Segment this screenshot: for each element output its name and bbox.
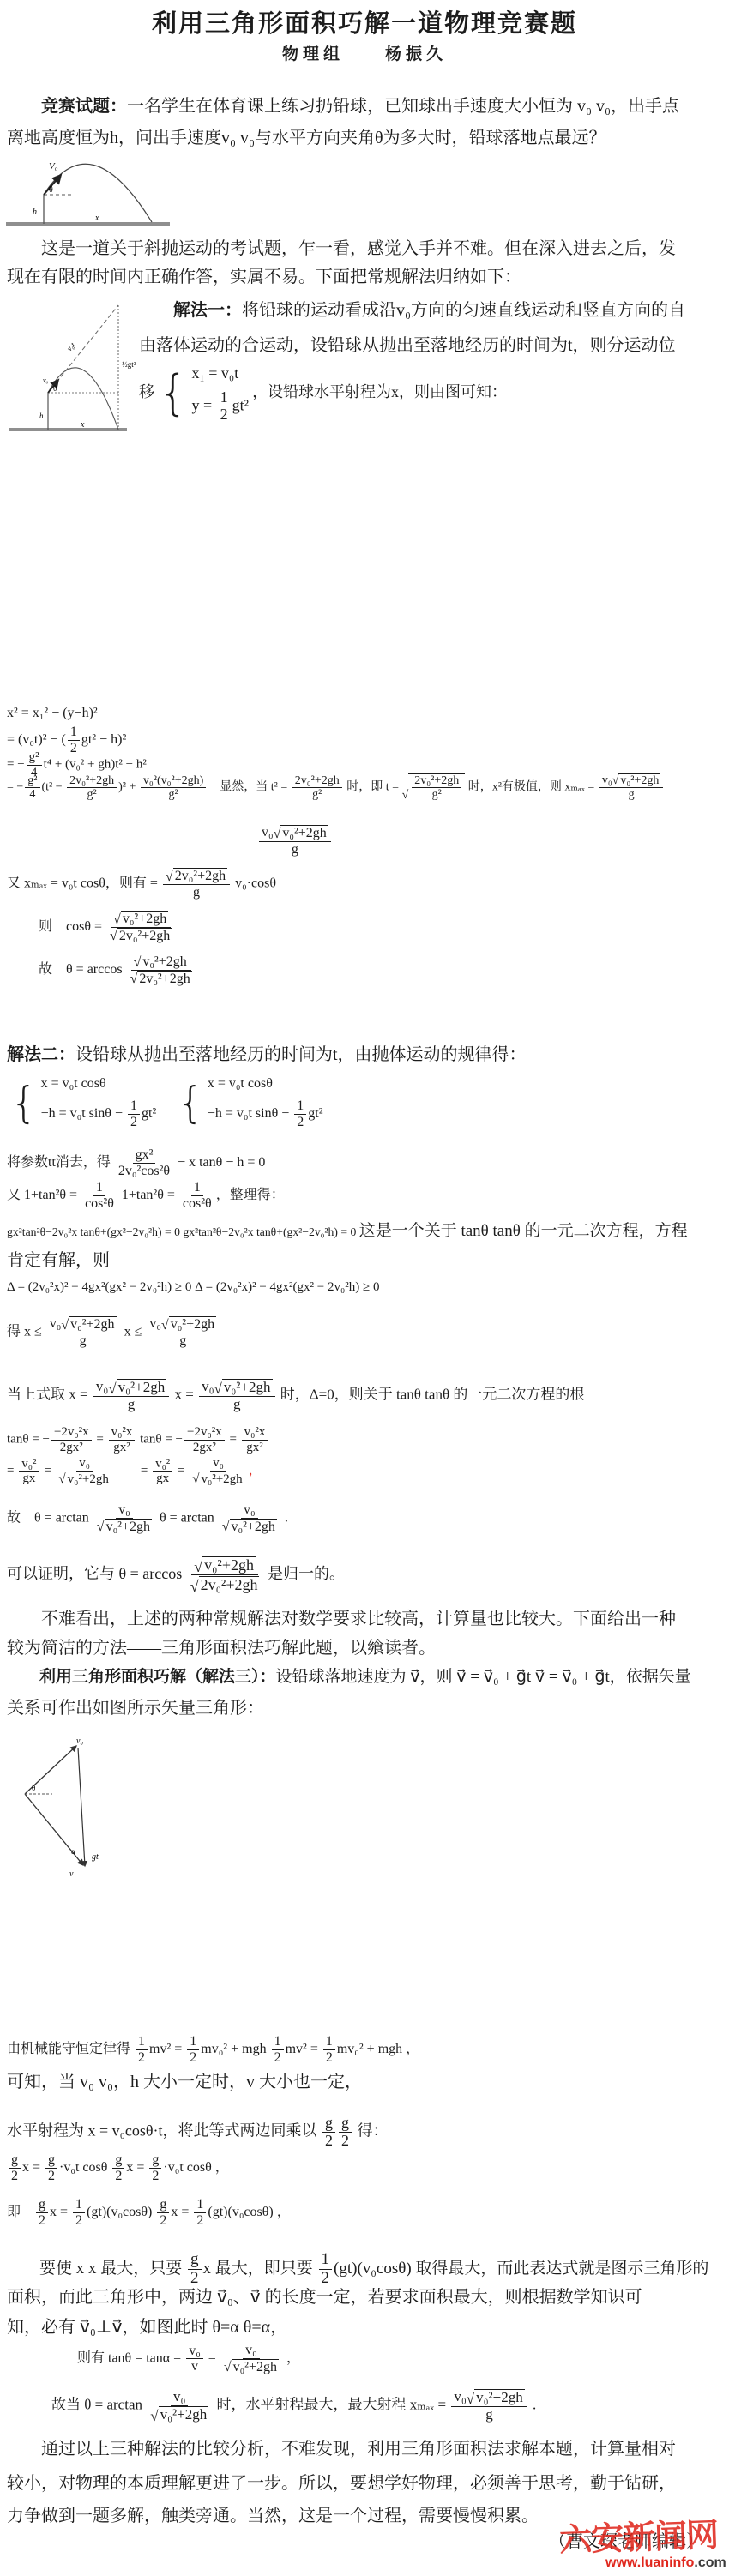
intro-paragraph-line: 现在有限的时间内正确作答，实属不易。下面把常规解法归纳如下： [7, 267, 521, 288]
solution2-heading-line: 解法二：设铅球从抛出至落地经历的时间为t，由抛体运动的规律得： [7, 1044, 527, 1066]
equation-line: = v₀²gx = v₀v₀²+2gh = v₀²gx = v₀v₀²+2gh， [7, 1456, 262, 1486]
gt-vector-arrow [78, 1748, 85, 1866]
equation-line: 将参数tt消去，得 gx²2v₀²cos²θ − x tanθ − h = 0 [7, 1147, 265, 1178]
problem-statement-line: 离地高度恒为h，问出手速度v₀ v₀与水平方向夹角θ为多大时，铅球落地点最远？ [7, 128, 606, 149]
equation-line: 则 cosθ = v₀²+2gh2v₀²+2gh [39, 911, 176, 943]
v0-label: v₀ [43, 376, 49, 384]
equation-line: 又 1+tan²θ = 1cos²θ 1+tan²θ = 1cos²θ，整理得： [7, 1180, 285, 1211]
v0t-label: v₀t [65, 340, 77, 352]
equation-line: gx²tan²θ−2v₀²x tanθ+(gx²−2v₀²h) = 0 gx²t… [7, 1221, 688, 1242]
watermark-url-red: www.luaninfo [605, 2555, 694, 2570]
gt-label: gt [92, 1852, 99, 1862]
commentary-line: 较为简洁的方法——三角形面积法巧解此题，以飨读者。 [7, 1638, 436, 1659]
motion-decomposition-figure: v₀t ½gt² v₀ θ h x [7, 298, 144, 436]
problem-statement-line: 竞赛试题：一名学生在体育课上练习扔铅球，已知球出手速度大小恒为 v₀ v₀，出手… [7, 96, 679, 117]
equation-system-line: x = v₀t cosθ−h = v₀t sinθ − 12gt² x = v₀… [7, 1074, 327, 1131]
intro-paragraph-line: 这是一道关于斜抛运动的考试题，乍一看，感觉入手并不难。但在深入进去之后，发 [7, 238, 676, 260]
equation-line: 故 θ = arccos v₀²+2gh2v₀²+2gh [39, 954, 196, 986]
equation-line: 当上式取 x = v₀v₀²+2ghg x = v₀v₀²+2ghg 时，Δ=0… [7, 1379, 584, 1413]
x-label: x [94, 214, 99, 223]
solution1-text-line: 由落体运动的合运动，设铅球从抛出至落地经历的时间为t，则分运动位 [139, 335, 676, 357]
figure3-shapes [25, 1746, 85, 1866]
equation-line: 又 xₘₐₓ = v₀t cosθ，则有 = 2v₀²+2ghg v₀·cosθ [7, 868, 276, 900]
byline: 物理组 杨振久 [0, 45, 729, 65]
solution3-heading-line: 利用三角形面积巧解（解法三）：设铅球落地速度为 v⃗，则 v⃗ = v⃗₀ + … [7, 1667, 691, 1688]
v0-label: V₀ [49, 161, 58, 172]
equation-line: 即 g2x = 12(gt)(v₀cosθ) g2x = 12(gt)(v₀co… [7, 2197, 291, 2228]
solution1-system-line: 移x₁ = v₀ty = 12gt²，设铅球水平射程为x，则由图可知： [139, 362, 507, 425]
h-label: h [39, 412, 44, 420]
text-line: 肯定有解，则 [7, 1250, 110, 1272]
equation-line: 水平射程为 x = v₀cosθ·t，将此等式两边同乘以 g2g2 得： [7, 2115, 389, 2150]
equation-line: 则有 tanθ = tanα = v₀v = v₀v₀²+2gh ， [77, 2343, 300, 2374]
equation-line: = −g²4(t² − 2v₀²+2ghg²)² + v₀²(v₀²+2gh)g… [7, 773, 665, 802]
v-label: v [69, 1869, 74, 1879]
equation-line: 得 x ≤ v₀v₀²+2ghg x ≤ v₀v₀²+2ghg [7, 1316, 220, 1348]
projectile-trajectory-figure: V₀ θ h x [4, 156, 172, 229]
alpha-label: α [71, 1847, 75, 1856]
commentary-line: 不难看出，上述的两种常规解法对数学要求比较高，计算量也比较大。下面给出一种 [7, 1609, 676, 1630]
v0t-dashed-line [48, 305, 118, 393]
watermark-url: www.luaninfo.com [605, 2555, 726, 2571]
equation-line: x² = x₁² − (y−h)² [7, 705, 98, 722]
figure1-shapes [6, 164, 170, 224]
equation-line: g2x = g2·v₀t cosθ g2x = g2·v₀t cosθ ， [7, 2152, 229, 2183]
equation-line: 由机械能守恒定律得 12mv² = 12mv₀² + mgh 12mv² = 1… [7, 2034, 419, 2065]
x-label: x [80, 420, 85, 430]
news-site-watermark: 六安新闻网 [558, 2508, 719, 2561]
half-gt2-label: ½gt² [122, 360, 136, 369]
document-page: 利用三角形面积巧解一道物理竞赛题 物理组 杨振久 竞赛试题：一名学生在体育课上练… [0, 0, 729, 2576]
v0-label: v₀ [76, 1736, 83, 1746]
argument-line: 要使 x x 最大，只要 g2x 最大，即只要 12(gt)(v₀cosθ) 取… [7, 2251, 708, 2288]
equation-line: v₀v₀²+2ghg [257, 825, 333, 857]
equation-line: Δ = (2v₀²x)² − 4gx²(gx² − 2v₀²h) ≥ 0 Δ =… [7, 1279, 379, 1296]
theta-label: θ [53, 384, 57, 393]
equation-line: tanθ = −−2v₀²x2gx² = v₀²xgx² tanθ = −−2v… [7, 1425, 269, 1454]
page-title: 利用三角形面积巧解一道物理竞赛题 [0, 9, 729, 39]
conclusion-line: 较小，对物理的本质理解更进了一步。所以，要想学好物理，必须善于思考，勤于钻研， [7, 2473, 676, 2495]
theta-label: θ [32, 1784, 35, 1792]
figure2-shapes [9, 305, 127, 430]
equation-line: 可以证明，它与 θ = arccos v₀²+2gh2v₀²+2gh 是归一的。 [7, 1556, 345, 1594]
solution3-text-line: 关系可作出如图所示矢量三角形： [7, 1698, 264, 1719]
solution1-heading-line: 解法一：将铅球的运动看成沿v₀方向的匀速直线运动和竖直方向的自 [139, 300, 685, 322]
conclusion-line: 通过以上三种解法的比较分析，不难发现，利用三角形面积法求解本题，计算量相对 [7, 2439, 676, 2460]
text-line: 可知，当 v₀ v₀，h 大小一定时，v 大小也一定， [7, 2072, 362, 2093]
theta-label: θ [49, 185, 53, 195]
equation-line: 故 θ = arctan v₀v₀²+2gh θ = arctan v₀v₀²+… [7, 1502, 288, 1534]
vector-triangle-figure: v₀ θ α gt v [13, 1734, 111, 1880]
argument-line: 面积，而此三角形中，两边 v⃗₀、v⃗ 的长度一定，若要求面积最大，则根据数学知… [7, 2287, 642, 2308]
equation-line: 故当 θ = arctan v₀v₀²+2gh 时，水平射程最大，最大射程 xₘ… [51, 2389, 536, 2423]
conclusion-line: 力争做到一题多解，触类旁通。当然，这是一个过程，需要慢慢积累。 [7, 2506, 539, 2527]
h-label: h [33, 208, 37, 217]
argument-line: 知，必有 v⃗₀⊥v⃗，如图此时 θ=α θ=α， [7, 2317, 287, 2338]
watermark-url-dark: .com [694, 2555, 726, 2570]
